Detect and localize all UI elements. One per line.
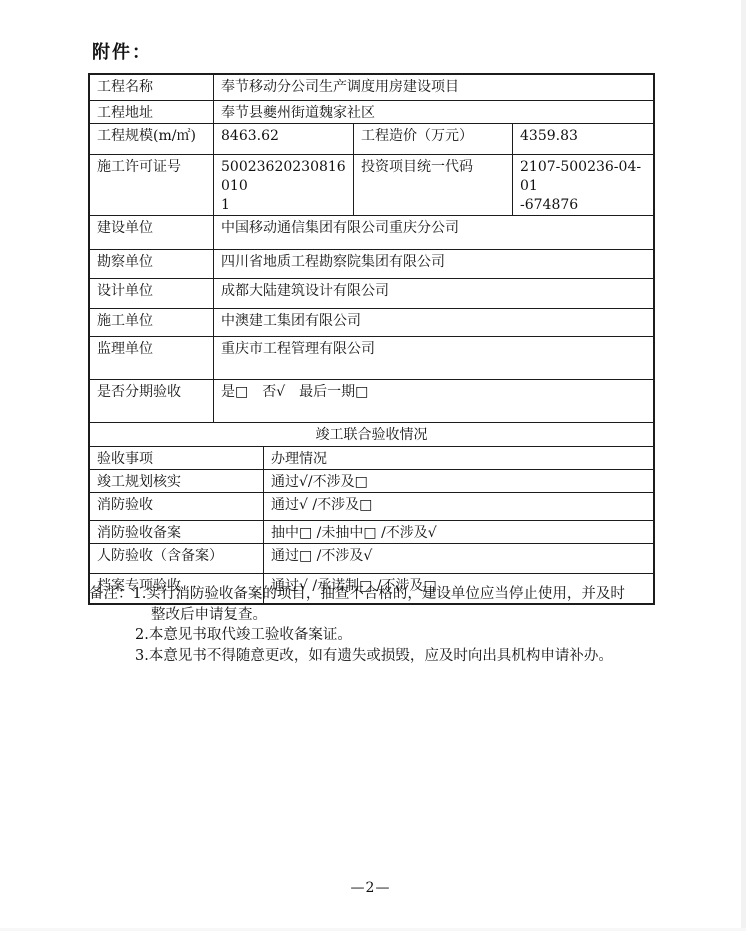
design-unit-label: 设计单位 [90, 279, 214, 308]
row-survey-unit: 勘察单位 四川省地质工程勘察院集团有限公司 [90, 249, 653, 278]
civil-defense-status: 通过□ /不涉及√ [264, 544, 653, 573]
row-contractor-unit: 施工单位 中澳建工集团有限公司 [90, 308, 653, 336]
investment-code-value: 2107-500236-04-01 -674876 [513, 155, 653, 215]
note-line: 备注：1.实行消防验收备案的项目，抽查不合格的，建设单位应当停止使用，并及时 [89, 584, 679, 605]
note-line: 3.本意见书不得随意更改，如有遗失或损毁，应及时向出具机构申请补办。 [89, 646, 679, 667]
row-design-unit: 设计单位 成都大陆建筑设计有限公司 [90, 278, 653, 308]
construction-permit-label: 施工许可证号 [90, 155, 214, 215]
project-address-value: 奉节县夔州街道魏家社区 [214, 101, 653, 123]
project-name-label: 工程名称 [90, 75, 214, 100]
row-phased-acceptance: 是否分期验收 是□ 否√ 最后一期□ [90, 379, 653, 422]
row-project-address: 工程地址 奉节县夔州街道魏家社区 [90, 100, 653, 123]
supervision-unit-value: 重庆市工程管理有限公司 [214, 337, 653, 379]
design-unit-value: 成都大陆建筑设计有限公司 [214, 279, 653, 308]
phased-acceptance-value: 是□ 否√ 最后一期□ [214, 380, 653, 422]
planning-check-status: 通过√/不涉及□ [264, 470, 653, 492]
row-supervision-unit: 监理单位 重庆市工程管理有限公司 [90, 336, 653, 379]
construction-permit-value: 50023620230816010 1 [214, 155, 354, 215]
joint-acceptance-title: 竣工联合验收情况 [90, 423, 653, 446]
handling-status-header: 办理情况 [264, 447, 653, 469]
planning-check-item: 竣工规划核实 [90, 470, 264, 492]
construction-unit-value: 中国移动通信集团有限公司重庆分公司 [214, 216, 653, 249]
row-acceptance-header: 验收事项 办理情况 [90, 446, 653, 469]
project-scale-label: 工程规模(m/㎡) [90, 124, 214, 154]
survey-unit-label: 勘察单位 [90, 250, 214, 278]
project-address-label: 工程地址 [90, 101, 214, 123]
fire-record-item: 消防验收备案 [90, 521, 264, 543]
page-number: —2— [88, 880, 653, 896]
survey-unit-value: 四川省地质工程勘察院集团有限公司 [214, 250, 653, 278]
phased-acceptance-label: 是否分期验收 [90, 380, 214, 422]
row-civil-defense: 人防验收（含备案） 通过□ /不涉及√ [90, 543, 653, 573]
investment-code-label: 投资项目统一代码 [354, 155, 513, 215]
fire-acceptance-item: 消防验收 [90, 493, 264, 520]
fire-acceptance-status: 通过√ /不涉及□ [264, 493, 653, 520]
row-project-name: 工程名称 奉节移动分公司生产调度用房建设项目 [90, 75, 653, 100]
row-scale-cost: 工程规模(m/㎡) 8463.62 工程造价（万元） 4359.83 [90, 123, 653, 154]
notes-section: 备注：1.实行消防验收备案的项目，抽查不合格的，建设单位应当停止使用，并及时 整… [89, 584, 679, 666]
row-fire-record: 消防验收备案 抽中□ /未抽中□ /不涉及√ [90, 520, 653, 543]
note-line: 2.本意见书取代竣工验收备案证。 [89, 625, 679, 646]
project-name-value: 奉节移动分公司生产调度用房建设项目 [214, 75, 653, 100]
page-edge-right [741, 0, 746, 931]
row-fire-acceptance: 消防验收 通过√ /不涉及□ [90, 492, 653, 520]
contractor-unit-label: 施工单位 [90, 309, 214, 336]
document-page: 附件： 工程名称 奉节移动分公司生产调度用房建设项目 工程地址 奉节县夔州街道魏… [0, 0, 746, 931]
supervision-unit-label: 监理单位 [90, 337, 214, 379]
row-permit-code: 施工许可证号 50023620230816010 1 投资项目统一代码 2107… [90, 154, 653, 215]
project-cost-label: 工程造价（万元） [354, 124, 513, 154]
contractor-unit-value: 中澳建工集团有限公司 [214, 309, 653, 336]
project-cost-value: 4359.83 [513, 124, 653, 154]
attachment-heading: 附件： [92, 38, 152, 64]
project-scale-value: 8463.62 [214, 124, 354, 154]
civil-defense-item: 人防验收（含备案） [90, 544, 264, 573]
acceptance-item-header: 验收事项 [90, 447, 264, 469]
note-line: 整改后申请复查。 [89, 605, 679, 626]
row-planning-check: 竣工规划核实 通过√/不涉及□ [90, 469, 653, 492]
acceptance-form-table: 工程名称 奉节移动分公司生产调度用房建设项目 工程地址 奉节县夔州街道魏家社区 … [88, 73, 655, 605]
row-joint-acceptance-title: 竣工联合验收情况 [90, 422, 653, 446]
row-construction-unit: 建设单位 中国移动通信集团有限公司重庆分公司 [90, 215, 653, 249]
fire-record-status: 抽中□ /未抽中□ /不涉及√ [264, 521, 653, 543]
construction-unit-label: 建设单位 [90, 216, 214, 249]
